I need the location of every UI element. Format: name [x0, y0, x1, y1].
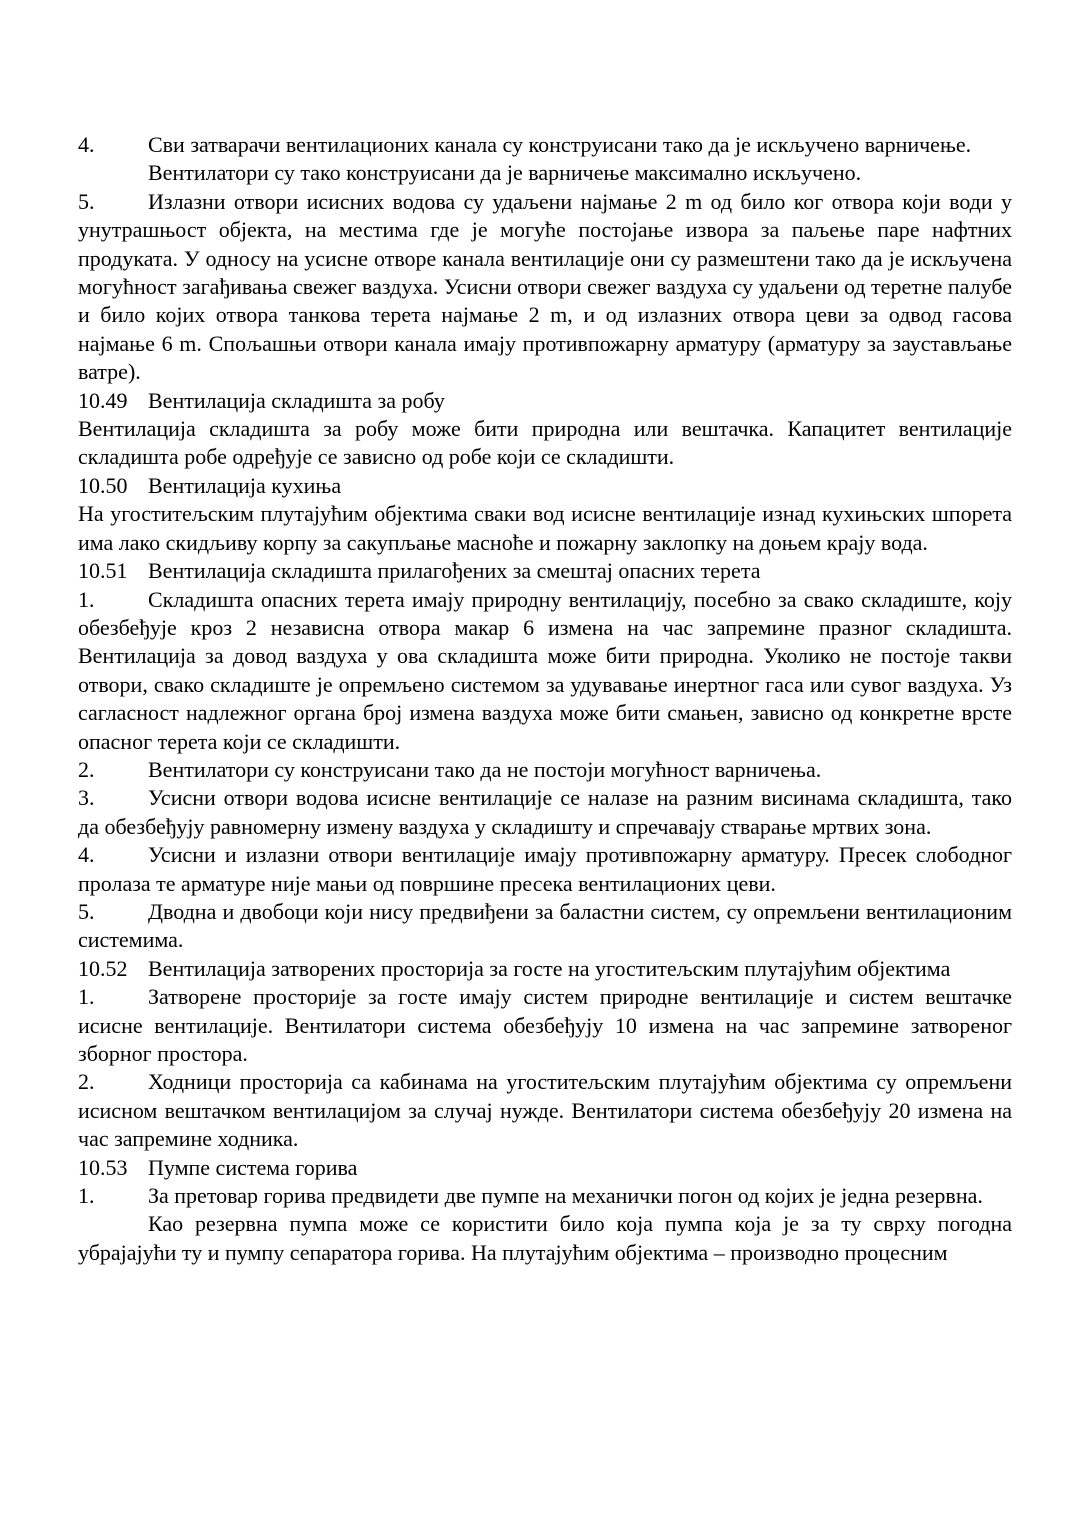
paragraph-text: На угоститељским плутајућим објектима св… [78, 501, 1012, 554]
paragraph-text: Сви затварачи вентилационих канала су ко… [148, 132, 971, 157]
item-number: 3. [78, 784, 148, 812]
numbered-paragraph: 4.Сви затварачи вентилационих канала су … [78, 131, 1012, 159]
section-number: 10.52 [78, 955, 148, 983]
paragraph-text: Вентилација складишта за робу може бити … [78, 416, 1012, 469]
item-number: 1. [78, 983, 148, 1011]
item-number: 1. [78, 586, 148, 614]
item-number: 5. [78, 188, 148, 216]
paragraph-text: Излазни отвори исисних водова су удаљени… [78, 189, 1012, 384]
paragraph-text: Дводна и двобоци који нису предвиђени за… [78, 899, 1012, 952]
numbered-paragraph: 5.Излазни отвори исисних водова су удаље… [78, 188, 1012, 387]
numbered-paragraph: 1.Складишта опасних терета имају природн… [78, 586, 1012, 756]
paragraph-text: Усисни и излазни отвори вентилације имај… [78, 842, 1012, 895]
section-heading: 10.53Пумпе система горива [78, 1154, 1012, 1182]
section-number: 10.49 [78, 387, 148, 415]
numbered-paragraph: 1.За претовар горива предвидети две пумп… [78, 1182, 1012, 1210]
section-title: Пумпе система горива [148, 1155, 357, 1180]
indented-paragraph: Вентилатори су тако конструисани да је в… [78, 159, 1012, 187]
indented-paragraph: Као резервна пумпа може се користити бил… [78, 1210, 1012, 1267]
section-heading: 10.50Вентилација кухиња [78, 472, 1012, 500]
paragraph-text: Вентилатори су тако конструисани да је в… [148, 160, 861, 185]
item-number: 5. [78, 898, 148, 926]
item-number: 4. [78, 131, 148, 159]
section-number: 10.51 [78, 557, 148, 585]
document-page: 4.Сви затварачи вентилационих канала су … [0, 0, 1090, 1530]
paragraph-text: Затворене просторије за госте имају сист… [78, 984, 1012, 1066]
section-number: 10.50 [78, 472, 148, 500]
numbered-paragraph: 4.Усисни и излазни отвори вентилације им… [78, 841, 1012, 898]
paragraph-text: Складишта опасних терета имају природну … [78, 587, 1012, 754]
section-heading: 10.51Вентилација складишта прилагођених … [78, 557, 1012, 585]
item-number: 1. [78, 1182, 148, 1210]
item-number: 4. [78, 841, 148, 869]
section-body-paragraph: На угоститељским плутајућим објектима св… [78, 500, 1012, 557]
item-number: 2. [78, 1068, 148, 1096]
paragraph-text: За претовар горива предвидети две пумпе … [148, 1183, 983, 1208]
numbered-paragraph: 3.Усисни отвори водова исисне вентилациј… [78, 784, 1012, 841]
paragraph-text: Ходници просторија са кабинама на угости… [78, 1069, 1012, 1151]
document-content: 4.Сви затварачи вентилационих канала су … [78, 0, 1012, 1267]
section-title: Вентилација складишта за робу [148, 388, 445, 413]
section-heading: 10.49Вентилација складишта за робу [78, 387, 1012, 415]
paragraph-text: Вентилатори су конструисани тако да не п… [148, 757, 821, 782]
section-title: Вентилација затворених просторија за гос… [148, 956, 950, 981]
section-number: 10.53 [78, 1154, 148, 1182]
section-body-paragraph: Вентилација складишта за робу може бити … [78, 415, 1012, 472]
section-title: Вентилација складишта прилагођених за см… [148, 558, 760, 583]
numbered-paragraph: 1.Затворене просторије за госте имају си… [78, 983, 1012, 1068]
paragraph-text: Усисни отвори водова исисне вентилације … [78, 785, 1012, 838]
numbered-paragraph: 5.Дводна и двобоци који нису предвиђени … [78, 898, 1012, 955]
item-number: 2. [78, 756, 148, 784]
section-heading: 10.52Вентилација затворених просторија з… [78, 955, 1012, 983]
numbered-paragraph: 2.Вентилатори су конструисани тако да не… [78, 756, 1012, 784]
numbered-paragraph: 2.Ходници просторија са кабинама на угос… [78, 1068, 1012, 1153]
section-title: Вентилација кухиња [148, 473, 341, 498]
paragraph-text: Као резервна пумпа може се користити бил… [78, 1211, 1012, 1264]
